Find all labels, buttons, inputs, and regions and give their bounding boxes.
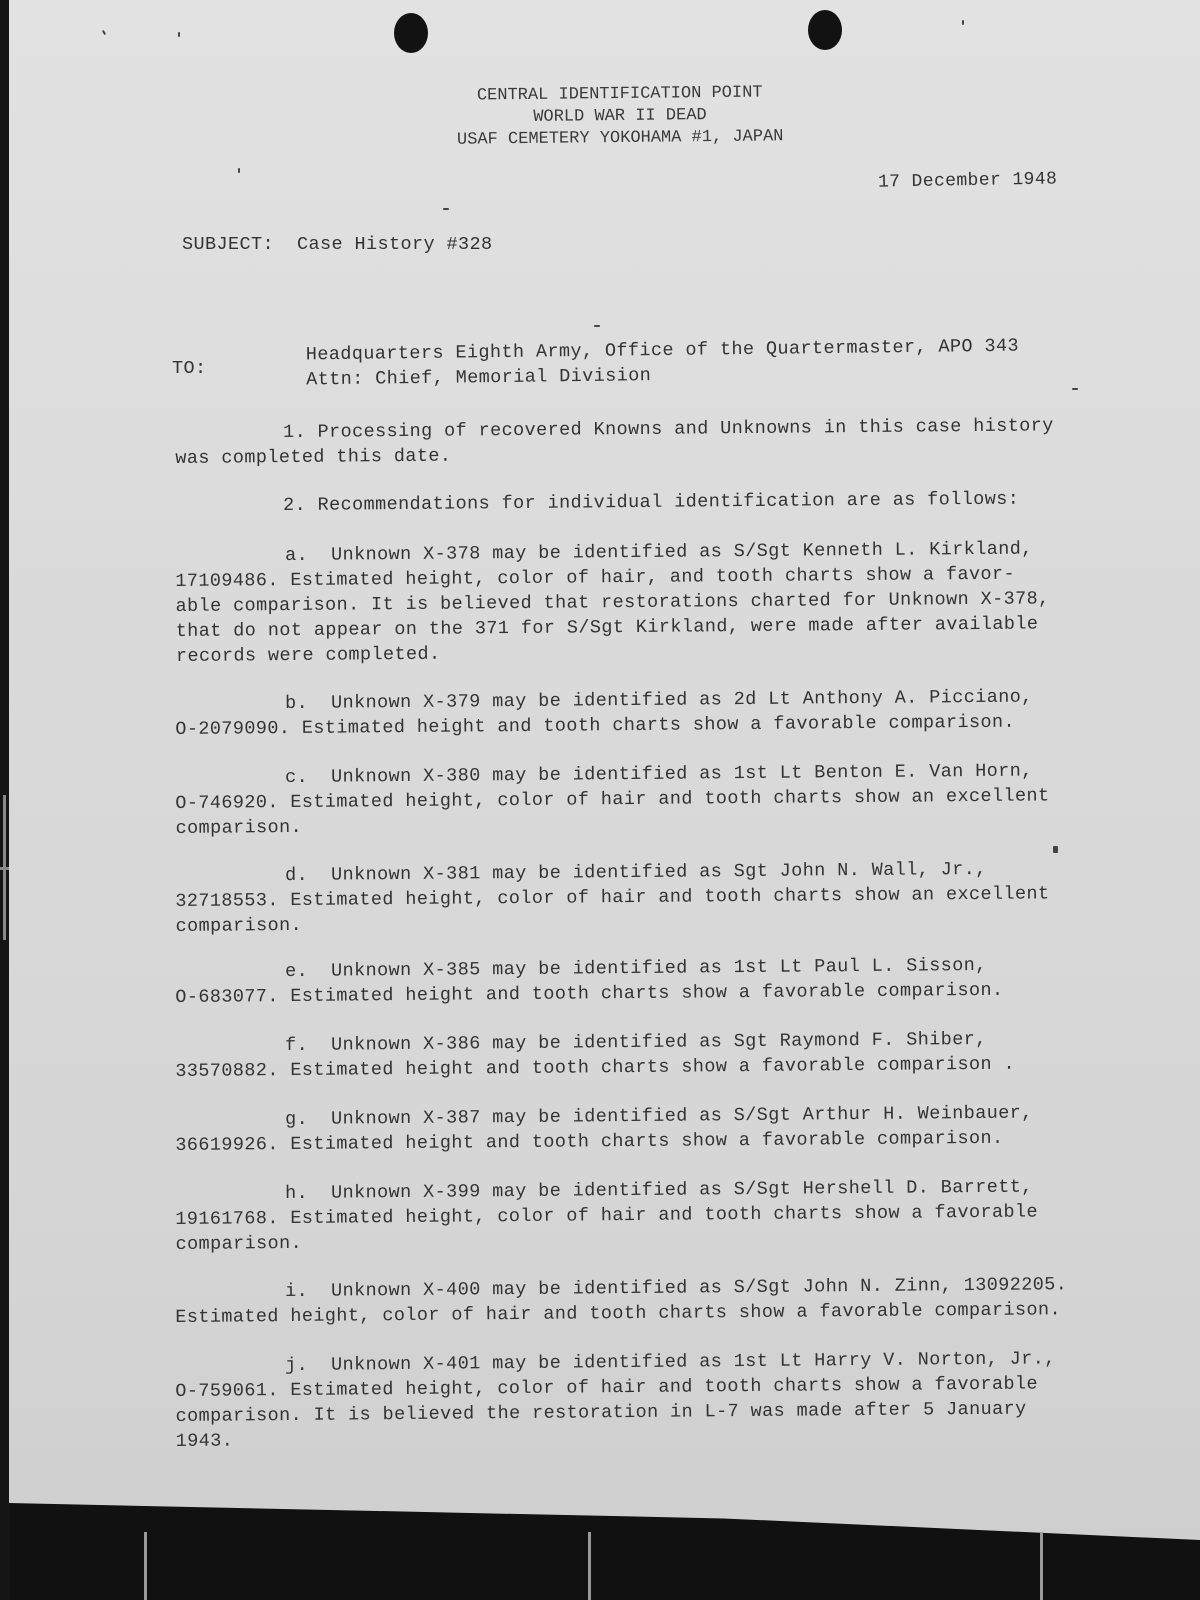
recommendation-item: j. Unknown X-401 may be identified as 1s… xyxy=(175,1346,1056,1454)
item-letter: f. xyxy=(285,1035,308,1056)
recommendation-item: i. Unknown X-400 may be identified as S/… xyxy=(175,1272,1068,1330)
item-letter: i. xyxy=(285,1281,308,1302)
recommendation-item: a. Unknown X-378 may be identified as S/… xyxy=(175,536,1050,669)
background-left-edge xyxy=(0,0,10,1600)
recommendation-item: e. Unknown X-385 may be identified as 1s… xyxy=(175,953,1004,1010)
punch-hole xyxy=(808,10,842,50)
letterhead: CENTRAL IDENTIFICATION POINT WORLD WAR I… xyxy=(410,82,831,152)
addressee-block: Headquarters Eighth Army, Office of the … xyxy=(306,334,1020,393)
document-date: 17 December 1948 xyxy=(878,169,1058,192)
punch-hole xyxy=(394,13,428,53)
item-letter: h. xyxy=(285,1183,308,1204)
to-label: TO: xyxy=(172,358,207,379)
item-letter: b. xyxy=(285,693,308,714)
recommendation-item: d. Unknown X-381 may be identified as Sg… xyxy=(175,856,1050,939)
item-letter: j. xyxy=(285,1355,308,1376)
background-divider xyxy=(144,1532,147,1600)
recommendation-item: h. Unknown X-399 may be identified as S/… xyxy=(175,1174,1038,1257)
letterhead-line: USAF CEMETERY YOKOHAMA #1, JAPAN xyxy=(410,126,830,152)
subject-line: SUBJECT: Case History #328 xyxy=(182,234,493,255)
recommendation-item: c. Unknown X-380 may be identified as 1s… xyxy=(175,758,1050,841)
paragraph-1: 1. Processing of recovered Knowns and Un… xyxy=(175,413,1054,471)
recommendation-item: g. Unknown X-387 may be identified as S/… xyxy=(175,1101,1033,1158)
item-letter: g. xyxy=(285,1109,308,1130)
recommendation-item: b. Unknown X-379 may be identified as 2d… xyxy=(175,685,1033,742)
item-letter: a. xyxy=(285,545,308,566)
item-letter: d. xyxy=(285,865,308,886)
item-line: Unknown X-385 may be identified as 1st L… xyxy=(331,955,987,982)
subject-value: Case History #328 xyxy=(297,234,493,255)
background-divider xyxy=(1040,1532,1043,1600)
item-letter: e. xyxy=(285,961,308,982)
item-line: Unknown X-386 may be identified as Sgt R… xyxy=(331,1029,987,1056)
item-line: Unknown X-381 may be identified as Sgt J… xyxy=(331,859,987,886)
recommendation-item: f. Unknown X-386 may be identified as Sg… xyxy=(175,1027,1015,1084)
background-divider xyxy=(588,1532,591,1600)
subject-label: SUBJECT: xyxy=(182,234,274,255)
item-letter: c. xyxy=(285,767,308,788)
